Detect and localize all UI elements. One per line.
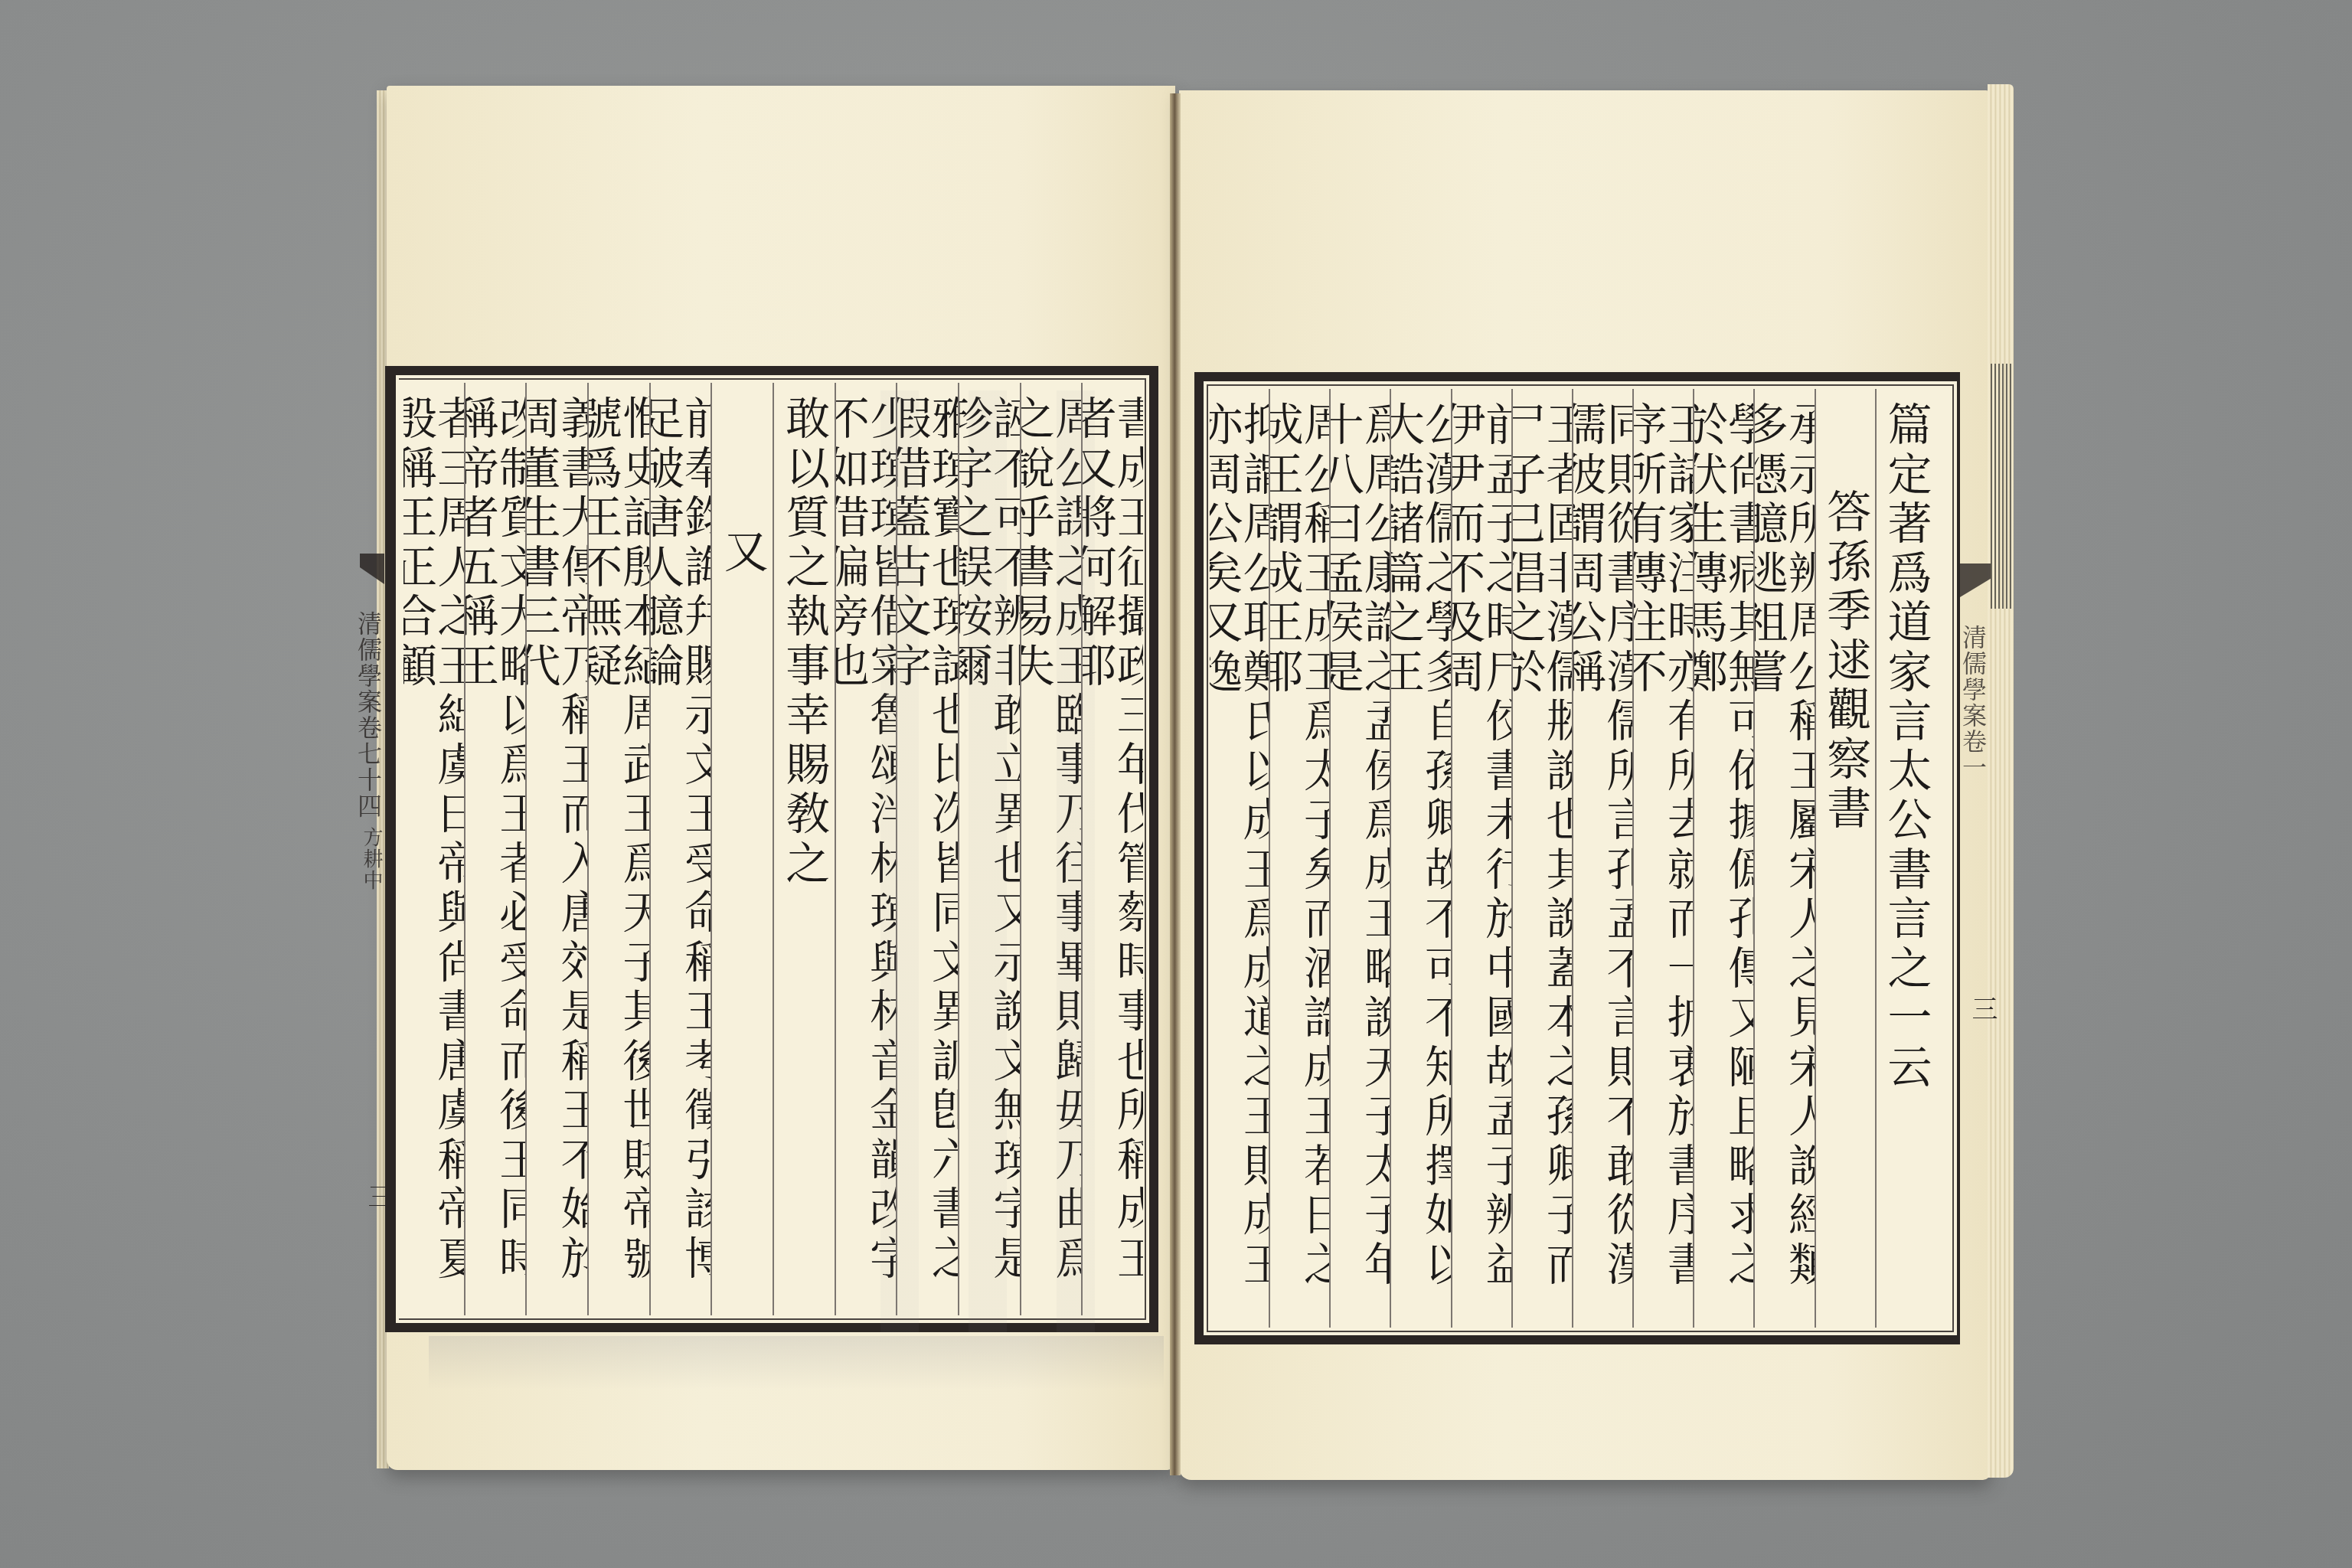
text-column: 者三周人之王絀虞曰帝與尙書唐虞稱帝夏殷稱王正合顧 (403, 383, 464, 1315)
text-column: 篇定著爲道家言太公書言之一云 (1875, 389, 1935, 1328)
right-text-frame: 篇定著爲道家言太公書言之一云 答孫季逑觀察書 承示所辨周公稱王屬宋人之見宋人說經… (1194, 372, 1960, 1344)
text-column: 周公稱王成王爲太子矣而酒誥成王若曰之成王謂成王耶 (1269, 389, 1329, 1328)
text-column: 抑謂周公耶鄭氏以成王爲成道之王則成王亦周公矣又逸 (1210, 389, 1269, 1328)
left-text-columns: 書成王征攝政三年伐管蔡時事也所稱成王者又將何解耶 周公謀之成王臨事乃往事畢則歸毋… (403, 383, 1143, 1315)
text-column: 王諸家注時亦有所去就而一折衷於書序書序所有傳注不 (1632, 389, 1693, 1328)
text-column: 敢以質之執事幸賜敎之 (773, 383, 835, 1315)
text-column: 前孟子之時尸佼書未行於中國故孟子辨益伊尹而不及周 (1451, 389, 1511, 1328)
text-column: 改制質文大略以爲王者必受命而後王同時稱帝者五稱王 (464, 383, 526, 1315)
text-column: 爲周公康誥之孟侯爲成王略說天子太子年十八曰孟侯是 (1329, 389, 1390, 1328)
text-column: 周公謀之成王臨事乃往事畢則歸毋乃曲爲之說乎書易失 (1020, 383, 1082, 1315)
right-page-stack-edge (1988, 84, 2014, 1478)
fish-tail-mark-icon (1960, 563, 1991, 597)
text-column: 王者固非漢儒刱說也其說蓋本之孫卿子而尸子已倡之於 (1511, 389, 1572, 1328)
text-column: 前奉鈞誨幷賜示文王受命稱王考徵引該博足破唐人臆論 (649, 383, 711, 1315)
left-banxin-subtitle: 方耕中 (358, 827, 386, 891)
text-column: 學尙書病其無可依據僞孔傳又陋且略求之於伏生傳馬鄭 (1693, 389, 1753, 1328)
text-column: 同則從書序漢儒所言孔孟不言則不敢從漢儒彼謂周公稱 (1572, 389, 1632, 1328)
text-column: 公漢儒之學多自孫卿故不可不知所擇如以大誥諸篇之王 (1390, 389, 1450, 1328)
letter-title-column: 答孫季逑觀察書 (1815, 389, 1875, 1328)
text-column: 義書大傳帝乃稱王而入唐郊是稱王不始於周董生書三代 (525, 383, 587, 1315)
text-column: 書成王征攝政三年伐管蔡時事也所稱成王者又將何解耶 (1081, 383, 1143, 1315)
right-page-number: 三 (1964, 995, 2001, 1021)
text-column: 雅瑸寶也瑸試也比次皆同文異訓卽六書之假借蓋古文字 (896, 383, 958, 1315)
right-text-columns: 篇定著爲道家言太公書言之一云 答孫季逑觀察書 承示所辨周公稱王屬宋人之見宋人說經… (1210, 389, 1935, 1328)
text-column: 惟史記殷本紀周武王爲天子其後世貶帝號號爲王不無疑 (587, 383, 649, 1315)
stack-edge-ink-bleed (1991, 364, 2014, 609)
fish-tail-mark-icon (360, 554, 384, 584)
section-heading-column: 又 (710, 383, 773, 1315)
right-banxin: 清儒學案卷一 (1960, 372, 1991, 1344)
text-column: 誣不可不辨非敢立異也又示說文無瑸字是珍字之誤按爾 (958, 383, 1020, 1315)
open-book: 清儒學案卷七十四 方耕中 三 書成王征攝政三年伐管蔡時事也所稱成王者又將何解耶 … (0, 0, 2352, 1568)
book-gutter (1170, 93, 1181, 1475)
right-banxin-title: 清儒學案卷一 (1955, 625, 1991, 781)
text-column: 承示所辨周公稱王屬宋人之見宋人說經類多憑臆逃祖嘗 (1753, 389, 1814, 1328)
text-column: 少瑸瑸皆借寀魯頌泮林瑸與林音金韻改字不如借偏旁也 (835, 383, 897, 1315)
left-text-frame: 書成王征攝政三年伐管蔡時事也所稱成王者又將何解耶 周公謀之成王臨事乃往事畢則歸毋… (385, 366, 1158, 1332)
left-banxin-title: 清儒學案卷七十四 (351, 611, 386, 819)
